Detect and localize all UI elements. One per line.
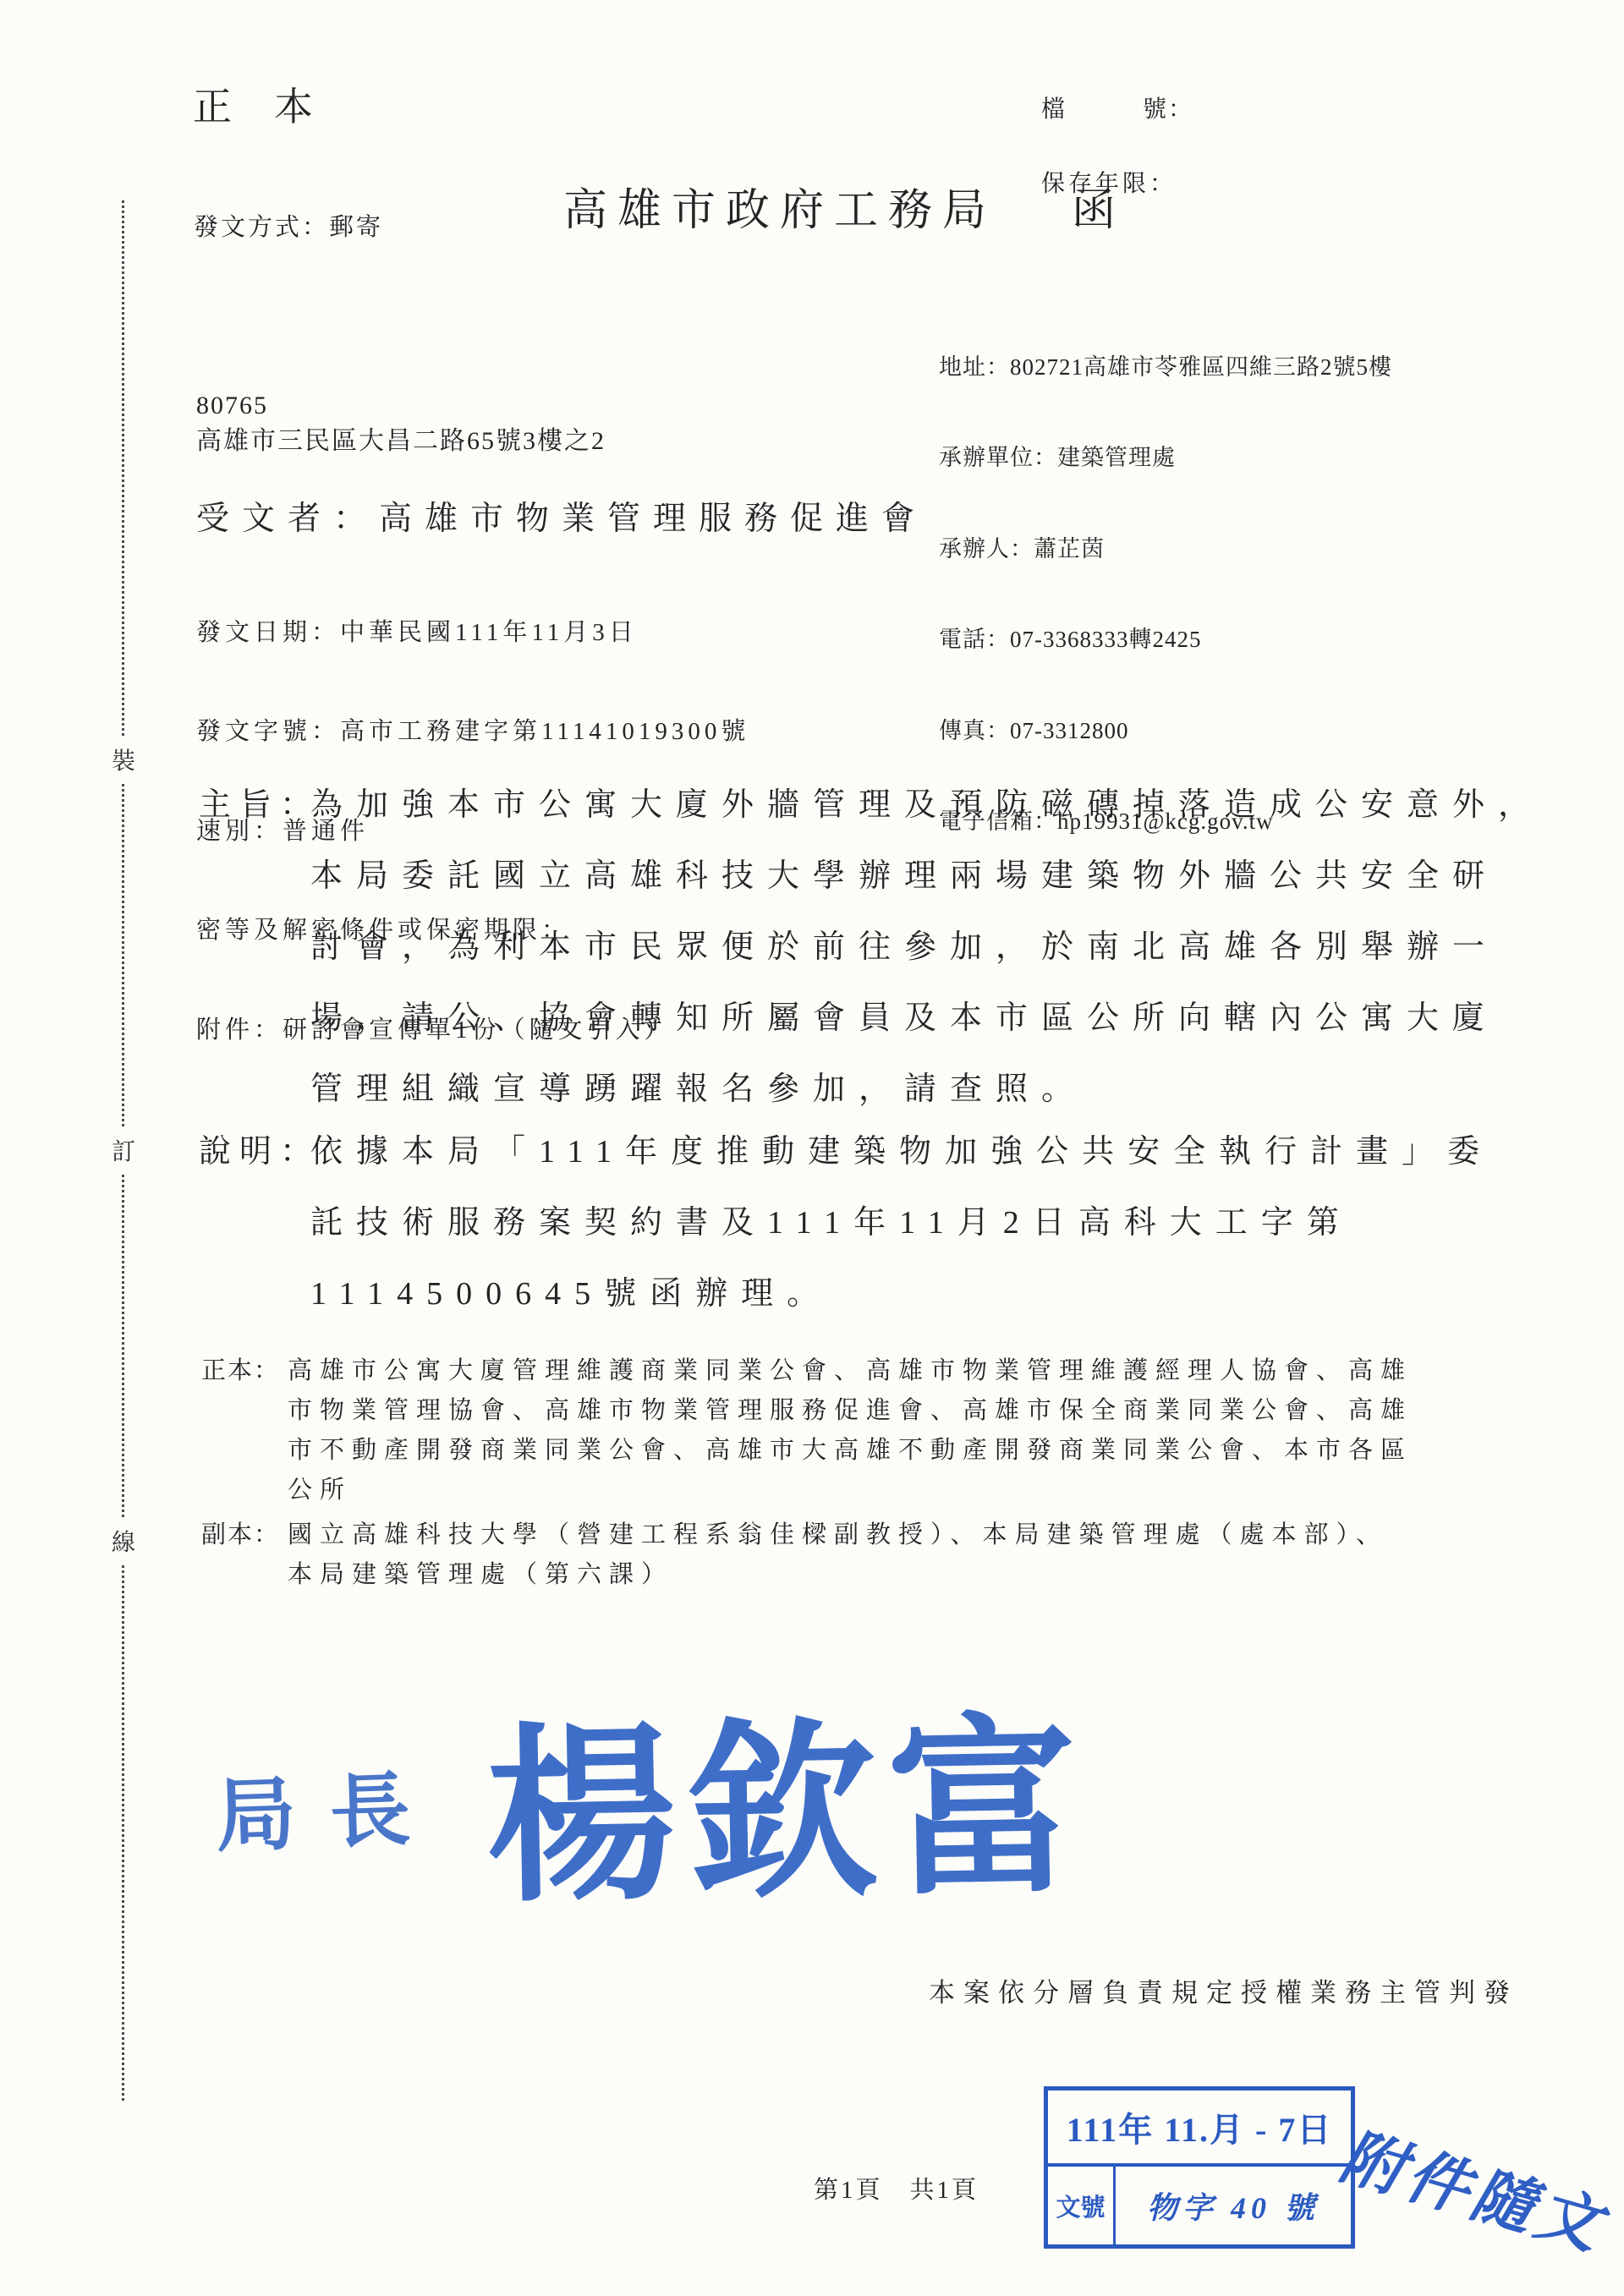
subject-line: 為加強本市公寓大廈外牆管理及預防磁磚掉落造成公安意外，	[310, 778, 1544, 849]
received-stamp-box: 111年 11.月 - 7日 文號 物字 40 號	[1044, 2086, 1355, 2249]
copy-type-label: 正 本	[193, 83, 315, 132]
subject-paragraph: 主旨： 為加強本市公寓大廈外牆管理及預防磁磚掉落造成公安意外， 本局委託國立高雄…	[199, 778, 1544, 1133]
binding-mark-ding: 訂	[105, 1128, 142, 1172]
signature-title: 局長	[214, 1759, 446, 1867]
document-title: 高雄市政府工務局 函	[563, 184, 1126, 238]
subject-line: 討會，為利本市民眾便於前往參加，於南北高雄各別舉辦一	[310, 920, 1544, 991]
recipient-address: 高雄市三民區大昌二路65號3樓之2	[196, 425, 606, 458]
copy-recipients-label: 副本：	[201, 1515, 280, 1550]
recipient-zip: 80765	[196, 390, 268, 422]
attachment-follows-stamp: 附件隨文	[1332, 2118, 1614, 2268]
original-recipients-line: 高雄市公寓大廈管理維護商業同業公會、高雄市物業管理維護經理人協會、高雄	[288, 1351, 1413, 1391]
agency-unit: 承辦單位：建築管理處	[939, 444, 1392, 478]
copy-recipients-line: 國立高雄科技大學（營建工程系翁佳樑副教授）、本局建築管理處（處本部）、	[288, 1515, 1388, 1555]
agency-person: 承辦人：蕭芷茵	[939, 535, 1392, 569]
issue-date: 發文日期：中華民國111年11月3日	[196, 617, 749, 655]
issue-number: 發文字號：高市工務建字第11141019300號	[196, 716, 749, 754]
subject-lines: 為加強本市公寓大廈外牆管理及預防磁磚掉落造成公安意外， 本局委託國立高雄科技大學…	[310, 778, 1544, 1133]
explanation-line: 託技術服務案契約書及111年11月2日高科大工字第	[310, 1196, 1493, 1267]
binding-mark-zhuang: 裝	[105, 737, 142, 781]
binding-mark-xian: 線	[105, 1519, 142, 1563]
original-recipients-line: 市物業管理協會、高雄市物業管理服務促進會、高雄市保全商業同業公會、高雄	[288, 1391, 1413, 1431]
original-recipients-lines: 高雄市公寓大廈管理維護商業同業公會、高雄市物業管理維護經理人協會、高雄 市物業管…	[288, 1351, 1413, 1510]
explanation-paragraph: 說明： 依據本局「111年度推動建築物加強公共安全執行計畫」委 託技術服務案契約…	[199, 1125, 1493, 1338]
agency-phone: 電話：07-3368333轉2425	[939, 626, 1392, 660]
explanation-label: 說明：	[199, 1125, 321, 1171]
page-number: 第1頁 共1頁	[814, 2175, 979, 2206]
delivery-method-label: 發文方式：郵寄	[194, 212, 383, 243]
original-recipients-line: 公所	[288, 1471, 1413, 1510]
explanation-lines: 依據本局「111年度推動建築物加強公共安全執行計畫」委 託技術服務案契約書及11…	[310, 1125, 1493, 1338]
agency-address: 地址：802721高雄市苓雅區四維三路2號5樓	[939, 353, 1392, 387]
signature-name: 楊欽富	[485, 1690, 1090, 1939]
recipient-line: 受文者：高雄市物業管理服務促進會	[196, 499, 927, 540]
authorization-note: 本案依分層負責規定授權業務主管判發	[929, 1977, 1518, 2010]
copy-recipients-lines: 國立高雄科技大學（營建工程系翁佳樑副教授）、本局建築管理處（處本部）、 本局建築…	[288, 1515, 1388, 1595]
original-recipients-block: 正本： 高雄市公寓大廈管理維護商業同業公會、高雄市物業管理維護經理人協會、高雄 …	[201, 1351, 1413, 1510]
subject-line: 本局委託國立高雄科技大學辦理兩場建築物外牆公共安全研	[310, 849, 1544, 920]
stamp-doc-no-row: 文號 物字 40 號	[1048, 2167, 1351, 2245]
subject-label: 主旨：	[199, 778, 321, 825]
document-page: 裝 訂 線 正 本 發文方式：郵寄 檔 號： 保存年限： 高雄市政府工務局 函 …	[0, 0, 1624, 2296]
file-number-label: 檔 號：	[1041, 95, 1193, 124]
explanation-line: 依據本局「111年度推動建築物加強公共安全執行計畫」委	[310, 1125, 1493, 1196]
explanation-line: 1114500645號函辦理。	[310, 1267, 1493, 1338]
stamp-received-date: 111年 11.月 - 7日	[1048, 2091, 1351, 2167]
copy-recipients-block: 副本： 國立高雄科技大學（營建工程系翁佳樑副教授）、本局建築管理處（處本部）、 …	[201, 1515, 1388, 1595]
subject-line: 場，請公、協會轉知所屬會員及本市區公所向轄內公寓大廈	[310, 991, 1544, 1062]
original-recipients-label: 正本：	[201, 1351, 280, 1386]
original-recipients-line: 市不動產開發商業同業公會、高雄市大高雄不動產開發商業同業公會、本市各區	[288, 1431, 1413, 1471]
stamp-doc-no-value: 物字 40 號	[1116, 2167, 1351, 2245]
stamp-doc-no-label: 文號	[1048, 2167, 1116, 2245]
copy-recipients-line: 本局建築管理處（第六課）	[288, 1555, 1388, 1595]
agency-fax: 傳真：07-3312800	[939, 717, 1392, 751]
subject-line: 管理組織宣導踴躍報名參加，請查照。	[310, 1062, 1544, 1133]
